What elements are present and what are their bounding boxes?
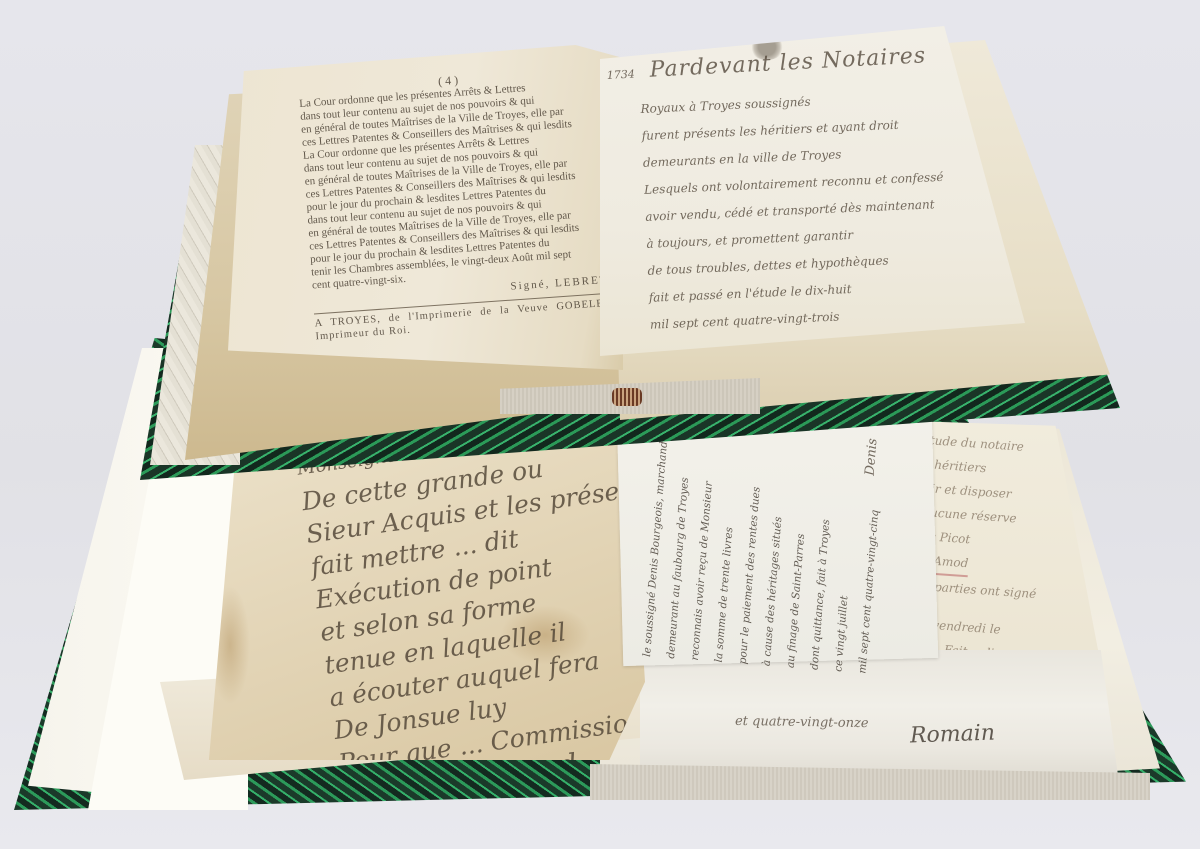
- bottom-line-text: et quatre-vingt-onze: [735, 714, 869, 731]
- folio-number: 1734: [606, 68, 635, 82]
- notarial-heading: Pardevant les Notaires: [649, 43, 927, 82]
- bottom-signature: Romain: [910, 721, 996, 749]
- printed-decree-page: ( 4 ) La Cour ordonne que les présentes …: [228, 45, 623, 370]
- inserted-receipt-letter: le soussigné Denis Bourgeois, marchand d…: [617, 408, 938, 666]
- letter-signature: Denis: [863, 438, 881, 476]
- spine-headband: [612, 388, 642, 406]
